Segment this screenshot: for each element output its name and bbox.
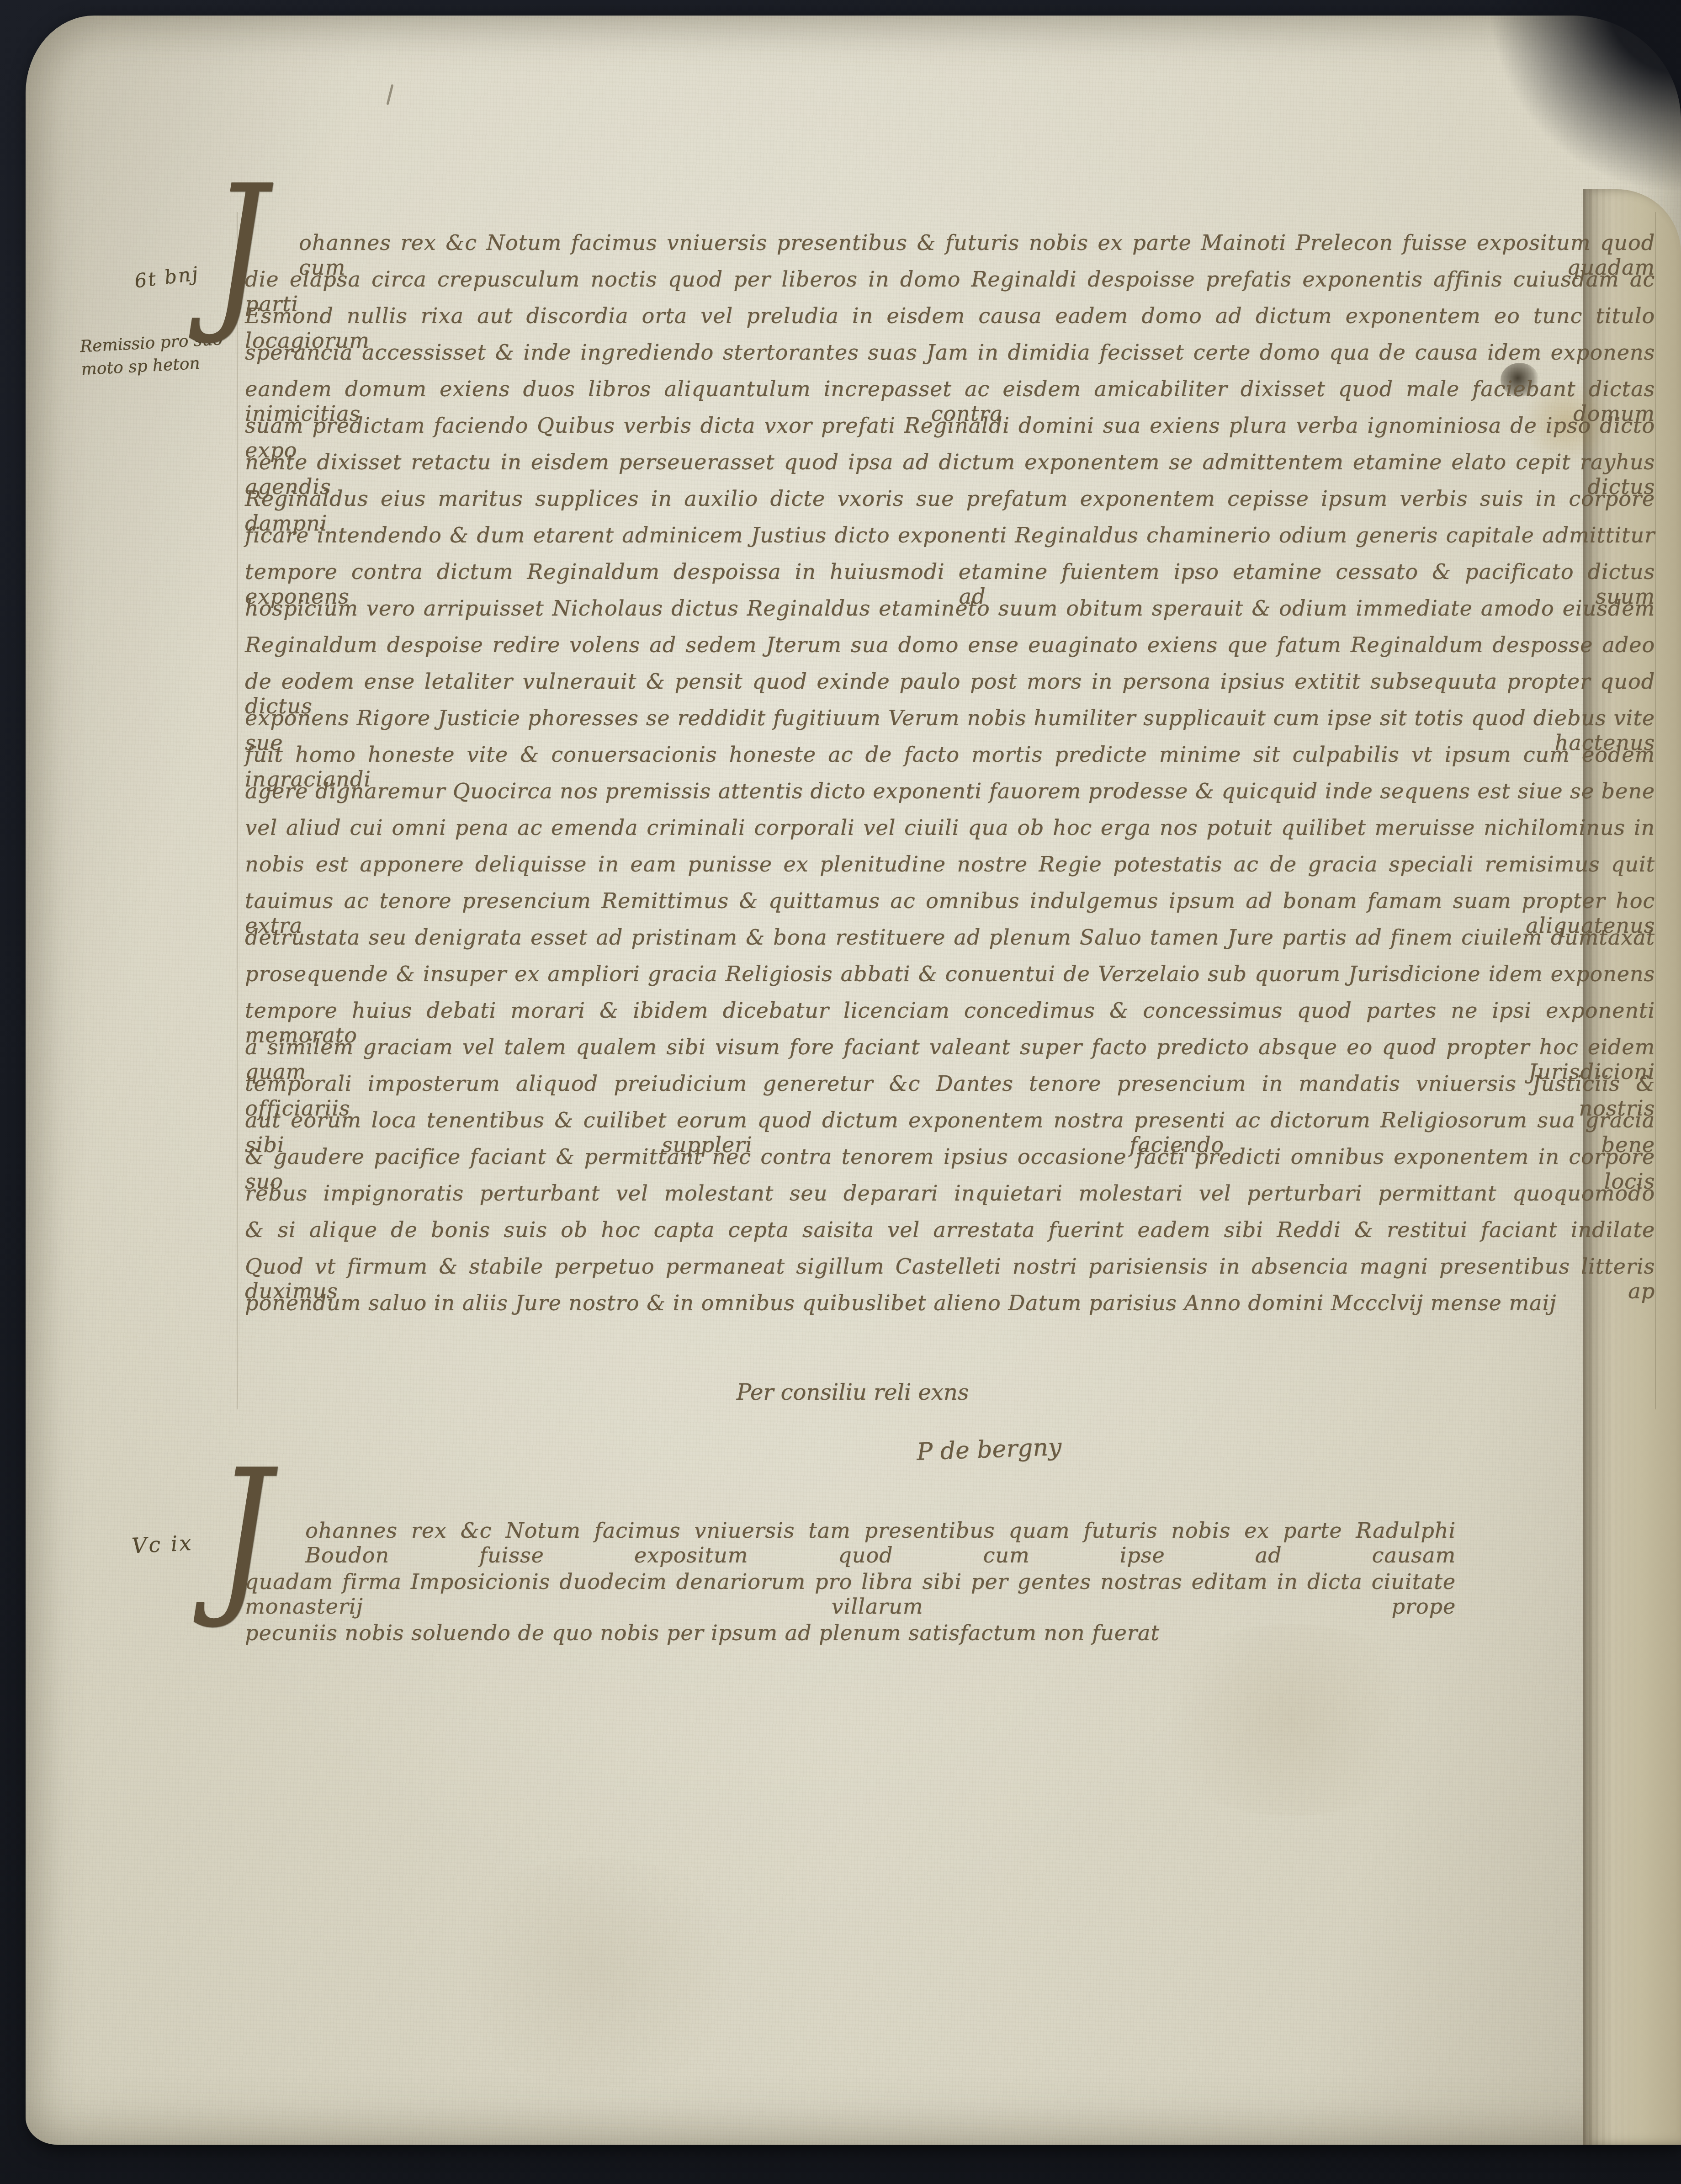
parchment-page: 6t bnj Remissio pro suo moto sp heton Vc… bbox=[26, 16, 1681, 2145]
text-line: agere dignaremur Quocirca nos premissis … bbox=[245, 779, 1655, 815]
text-line: quadam firma Imposicionis duodecim denar… bbox=[245, 1569, 1456, 1621]
pen-mark bbox=[387, 84, 394, 105]
text-line: tempore contra dictum Reginaldum despois… bbox=[245, 559, 1655, 596]
text-line: ponendum saluo in aliis Jure nostro & in… bbox=[245, 1291, 1655, 1327]
text-line: temporali imposterum aliquod preiudicium… bbox=[245, 1071, 1655, 1108]
text-line: & gaudere pacifice faciant & permittant … bbox=[245, 1144, 1655, 1181]
text-line: de eodem ense letaliter vulnerauit & pen… bbox=[245, 669, 1655, 706]
text-line: hospicium vero arripuisset Nicholaus dic… bbox=[245, 596, 1655, 632]
margin-act-number: 6t bnj bbox=[133, 262, 201, 292]
text-line: Reginaldum despoise redire volens ad sed… bbox=[245, 632, 1655, 669]
text-line: tempore huius debati morari & ibidem dic… bbox=[245, 998, 1655, 1035]
text-line: aut eorum loca tenentibus & cuilibet eor… bbox=[245, 1108, 1655, 1144]
text-line: nente dixisset retactu in eisdem perseue… bbox=[245, 450, 1655, 486]
text-line: detrustata seu denigrata esset ad pristi… bbox=[245, 925, 1655, 962]
text-line: sperancia accessisset & inde ingrediendo… bbox=[245, 340, 1655, 377]
text-line: suam predictam faciendo Quibus verbis di… bbox=[245, 413, 1655, 450]
text-line: ohannes rex &c Notum facimus vniuersis p… bbox=[245, 230, 1655, 267]
text-line: & si alique de bonis suis ob hoc capta c… bbox=[245, 1217, 1655, 1254]
text-line: nobis est apponere deliquisse in eam pun… bbox=[245, 852, 1655, 888]
clerk-signature: P de bergny bbox=[916, 1433, 1062, 1466]
entry2-text-block: ohannes rex &c Notum facimus vniuersis t… bbox=[245, 1518, 1456, 1672]
text-line: die elapsa circa crepusculum noctis quod… bbox=[245, 267, 1655, 303]
text-line: tauimus ac tenore presencium Remittimus … bbox=[245, 888, 1655, 925]
margin-entry2-number: Vc ix bbox=[131, 1530, 194, 1558]
text-line: vel aliud cui omni pena ac emenda crimin… bbox=[245, 815, 1655, 852]
text-line: ficare intendendo & dum etarent adminice… bbox=[245, 523, 1655, 559]
chancery-subscription: Per consiliu reli exns bbox=[656, 1380, 1049, 1405]
text-line: Quod vt firmum & stabile perpetuo perman… bbox=[245, 1254, 1655, 1291]
text-line: prosequende & insuper ex ampliori gracia… bbox=[245, 962, 1655, 998]
parchment-stain bbox=[437, 1857, 757, 2086]
text-line: fuit homo honeste vite & conuersacionis … bbox=[245, 742, 1655, 779]
text-line: eandem domum exiens duos libros aliquant… bbox=[245, 377, 1655, 413]
text-line: Esmond nullis rixa aut discordia orta ve… bbox=[245, 303, 1655, 340]
text-line: ohannes rex &c Notum facimus vniuersis t… bbox=[245, 1518, 1456, 1569]
left-margin-rule bbox=[237, 212, 238, 1409]
text-line: a similem graciam vel talem qualem sibi … bbox=[245, 1035, 1655, 1071]
text-line: Reginaldus eius maritus supplices in aux… bbox=[245, 486, 1655, 523]
text-line: pecuniis nobis soluendo de quo nobis per… bbox=[245, 1621, 1456, 1672]
right-margin-rule bbox=[1655, 212, 1656, 1409]
text-line: rebus impignoratis perturbant vel molest… bbox=[245, 1181, 1655, 1217]
text-line: exponens Rigore Justicie phoresses se re… bbox=[245, 706, 1655, 742]
entry1-text-block: ohannes rex &c Notum facimus vniuersis p… bbox=[245, 230, 1655, 1327]
